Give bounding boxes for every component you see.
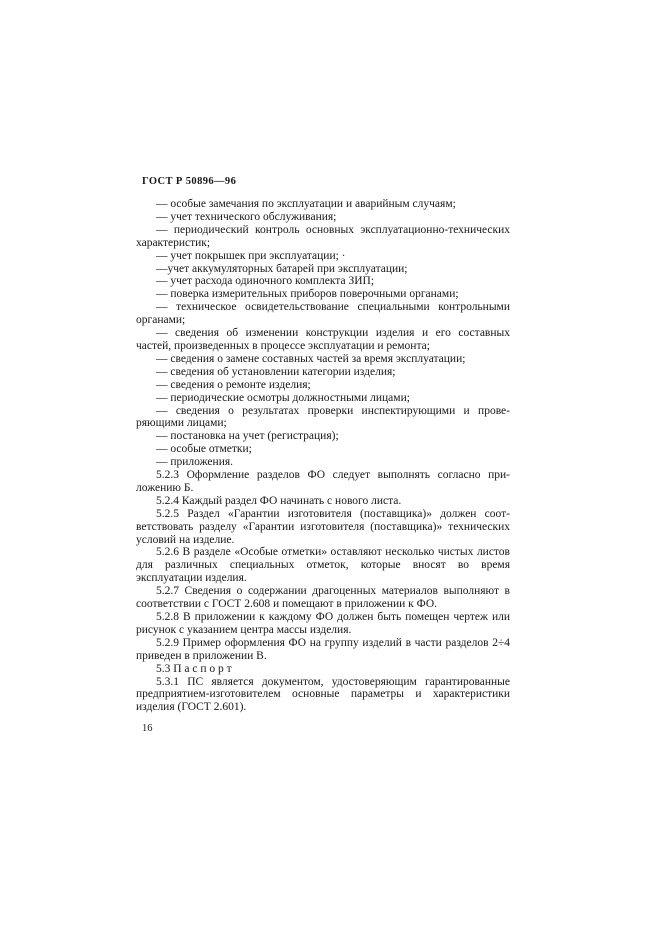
clause-paragraph: 5.2.5 Раздел «Гарантии изготовителя (пос…	[136, 508, 510, 547]
dash-list-item: — учет расхода одиночного комплекта ЗИП;	[136, 275, 510, 288]
page-number: 16	[142, 723, 153, 734]
clause-paragraph: 5.2.4 Каждый раздел ФО начинать с нового…	[136, 495, 510, 508]
dash-list-item: — учет покрышек при эксплуатации; ·	[136, 250, 510, 263]
clause-paragraph: 5.2.9 Пример оформления ФО на группу изд…	[136, 637, 510, 663]
dash-list-item: — сведения о результатах проверки инспек…	[136, 405, 510, 431]
clause-paragraph: 5.3.1 ПС является документом, удостоверя…	[136, 676, 510, 715]
dash-list-item: — приложения.	[136, 456, 510, 469]
clause-paragraph: 5.2.3 Оформление разделов ФО следует вып…	[136, 469, 510, 495]
dash-list-item: — сведения о ремонте изделия;	[136, 379, 510, 392]
dash-list-item: — периодический контроль основных эксплу…	[136, 224, 510, 250]
clause-paragraph: 5.2.8 В приложении к каждому ФО должен б…	[136, 611, 510, 637]
document-body: — особые замечания по эксплуатации и ава…	[136, 198, 510, 714]
clause-paragraph: 5.2.6 В разделе «Особые отметки» оставля…	[136, 546, 510, 585]
dash-list-item: — особые отметки;	[136, 443, 510, 456]
dash-list-item: — сведения о замене составных частей за …	[136, 353, 510, 366]
section-heading: 5.3 П а с п о р т	[136, 663, 510, 676]
document-page: ГОСТ Р 50896—96 — особые замечания по эк…	[0, 0, 661, 935]
dash-list-item: — техническое освидетельствование специа…	[136, 301, 510, 327]
dash-list-item: — сведения об установлении категории изд…	[136, 366, 510, 379]
dash-list-item: — учет технического обслуживания;	[136, 211, 510, 224]
dash-list-item: — периодические осмотры должностными лиц…	[136, 392, 510, 405]
dash-list-item: —учет аккумуляторных батарей при эксплуа…	[136, 263, 510, 276]
dash-list-item: — постановка на учет (регистрация);	[136, 430, 510, 443]
dash-list-item: — поверка измерительных приборов повероч…	[136, 288, 510, 301]
clause-paragraph: 5.2.7 Сведения о содержании драгоценных …	[136, 585, 510, 611]
dash-list-item: — особые замечания по эксплуатации и ава…	[136, 198, 510, 211]
dash-list-item: — сведения об изменении конструкции изде…	[136, 327, 510, 353]
document-code-header: ГОСТ Р 50896—96	[142, 176, 236, 187]
